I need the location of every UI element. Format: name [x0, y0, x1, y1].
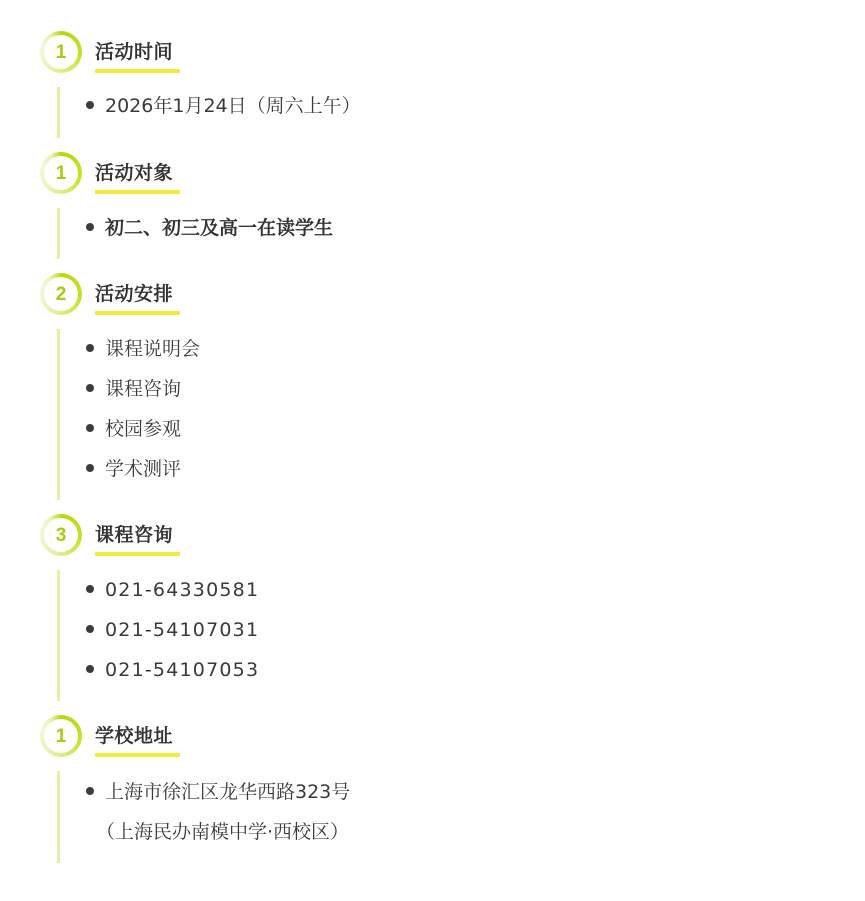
bullet-icon [86, 585, 94, 593]
title-underline [95, 190, 180, 194]
list-item: 2026年1月24日（周六上午） [86, 91, 361, 121]
bullet-icon [86, 424, 94, 432]
section-header: 1 活动时间 [0, 31, 400, 81]
bullet-icon [86, 665, 94, 673]
item-text: 校园参观 [105, 418, 181, 440]
list-item: 校园参观 [86, 414, 181, 444]
step-number: 3 [40, 514, 82, 556]
bullet-icon [86, 223, 94, 231]
step-number-circle-icon: 1 [40, 152, 82, 194]
timeline-line [57, 329, 60, 500]
title-underline [95, 753, 180, 757]
timeline-line [57, 208, 60, 259]
timeline-line [57, 771, 60, 863]
phone-number-item: 021-54107053 [86, 655, 259, 685]
step-number-circle-icon: 3 [40, 514, 82, 556]
step-number: 2 [40, 273, 82, 315]
step-number-circle-icon: 1 [40, 715, 82, 757]
section-header: 1 活动对象 [0, 152, 400, 202]
item-text: 021-64330581 [105, 579, 259, 601]
item-text: 021-54107031 [105, 619, 259, 641]
bullet-icon [86, 625, 94, 633]
address-item: 上海市徐汇区龙华西路323号 [86, 777, 350, 807]
section-header: 3 课程咨询 [0, 514, 400, 564]
step-number: 1 [40, 31, 82, 73]
bullet-icon [86, 464, 94, 472]
bullet-icon [86, 344, 94, 352]
phone-number-item: 021-54107031 [86, 615, 259, 645]
item-text: 初二、初三及高一在读学生 [105, 217, 333, 239]
timeline-line [57, 87, 60, 138]
item-text: 课程咨询 [105, 378, 181, 400]
step-number: 1 [40, 715, 82, 757]
section-header: 1 学校地址 [0, 715, 400, 765]
title-underline [95, 552, 180, 556]
title-underline [95, 69, 180, 73]
step-number-circle-icon: 2 [40, 273, 82, 315]
item-text: 021-54107053 [105, 659, 259, 681]
bullet-icon [86, 384, 94, 392]
section-title: 活动时间 [95, 37, 173, 64]
address-continuation: （上海民办南模中学·西校区） [96, 817, 349, 847]
step-number-circle-icon: 1 [40, 31, 82, 73]
item-text: 课程说明会 [105, 338, 200, 360]
list-item: 课程说明会 [86, 334, 200, 364]
list-item: 学术测评 [86, 454, 181, 484]
item-text: 学术测评 [105, 458, 181, 480]
section-title: 活动安排 [95, 279, 173, 306]
item-text: 上海市徐汇区龙华西路323号 [105, 781, 350, 803]
item-text: 2026年1月24日（周六上午） [105, 95, 361, 117]
step-number: 1 [40, 152, 82, 194]
section-title: 活动对象 [95, 158, 173, 185]
section-title: 课程咨询 [95, 520, 173, 547]
timeline-line [57, 570, 60, 701]
bullet-icon [86, 787, 94, 795]
list-item: 课程咨询 [86, 374, 181, 404]
title-underline [95, 311, 180, 315]
bullet-icon [86, 101, 94, 109]
section-title: 学校地址 [95, 721, 173, 748]
phone-number-item: 021-64330581 [86, 575, 259, 605]
list-item: 初二、初三及高一在读学生 [86, 213, 333, 243]
section-header: 2 活动安排 [0, 273, 400, 323]
